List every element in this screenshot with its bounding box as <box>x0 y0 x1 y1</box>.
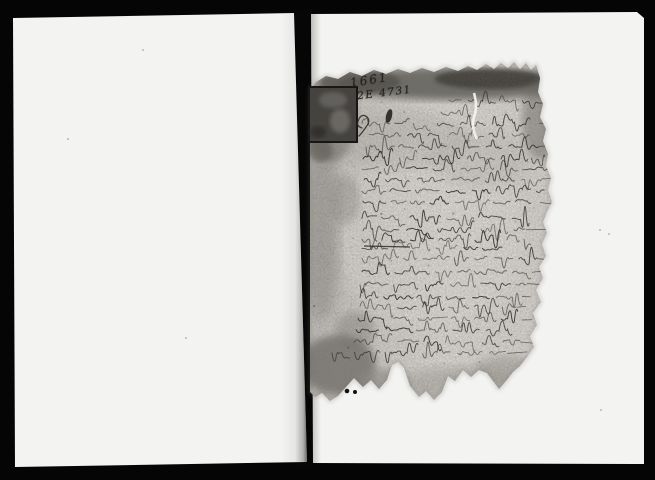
left-blank-page <box>13 13 307 467</box>
register-scan-photo: 1661 2E 4731 <box>0 0 655 480</box>
